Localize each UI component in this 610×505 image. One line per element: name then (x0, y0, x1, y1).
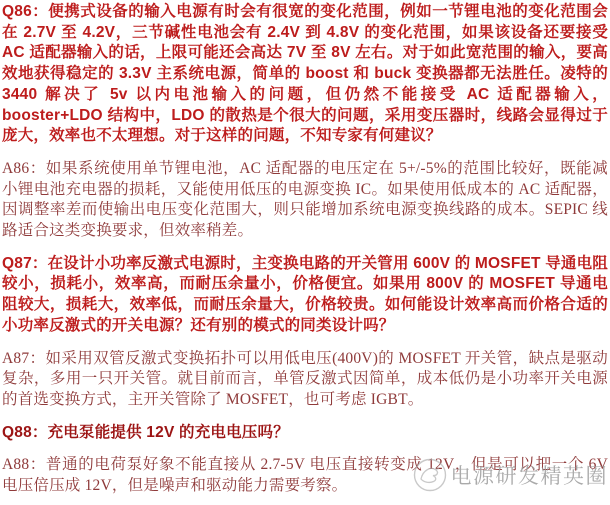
qa-question-87: Q87：在设计小功率反激式电源时，主变换电路的开关管用 600V 的 MOSFE… (2, 254, 608, 337)
qa-answer-87: A87：如采用双管反激式变换拓扑可以用低电压(400V)的 MOSFET 开关管… (2, 349, 608, 411)
qa-answer-86: A86：如果系统使用单节锂电池，AC 适配器的电压定在 5+/-5%的范围比较好… (2, 159, 608, 242)
qa-answer-88: A88：普通的电荷泵好象不能直接从 2.7-5V 电压直接转变成 12V，但是可… (2, 455, 608, 496)
qa-question-88: Q88：充电泵能提供 12V 的充电电压吗？ (2, 423, 608, 444)
qa-question-86: Q86：便携式设备的输入电源有时会有很宽的变化范围，例如一节锂电池的变化范围会在… (2, 2, 608, 147)
document-page: Q86：便携式设备的输入电源有时会有很宽的变化范围，例如一节锂电池的变化范围会在… (0, 0, 610, 505)
